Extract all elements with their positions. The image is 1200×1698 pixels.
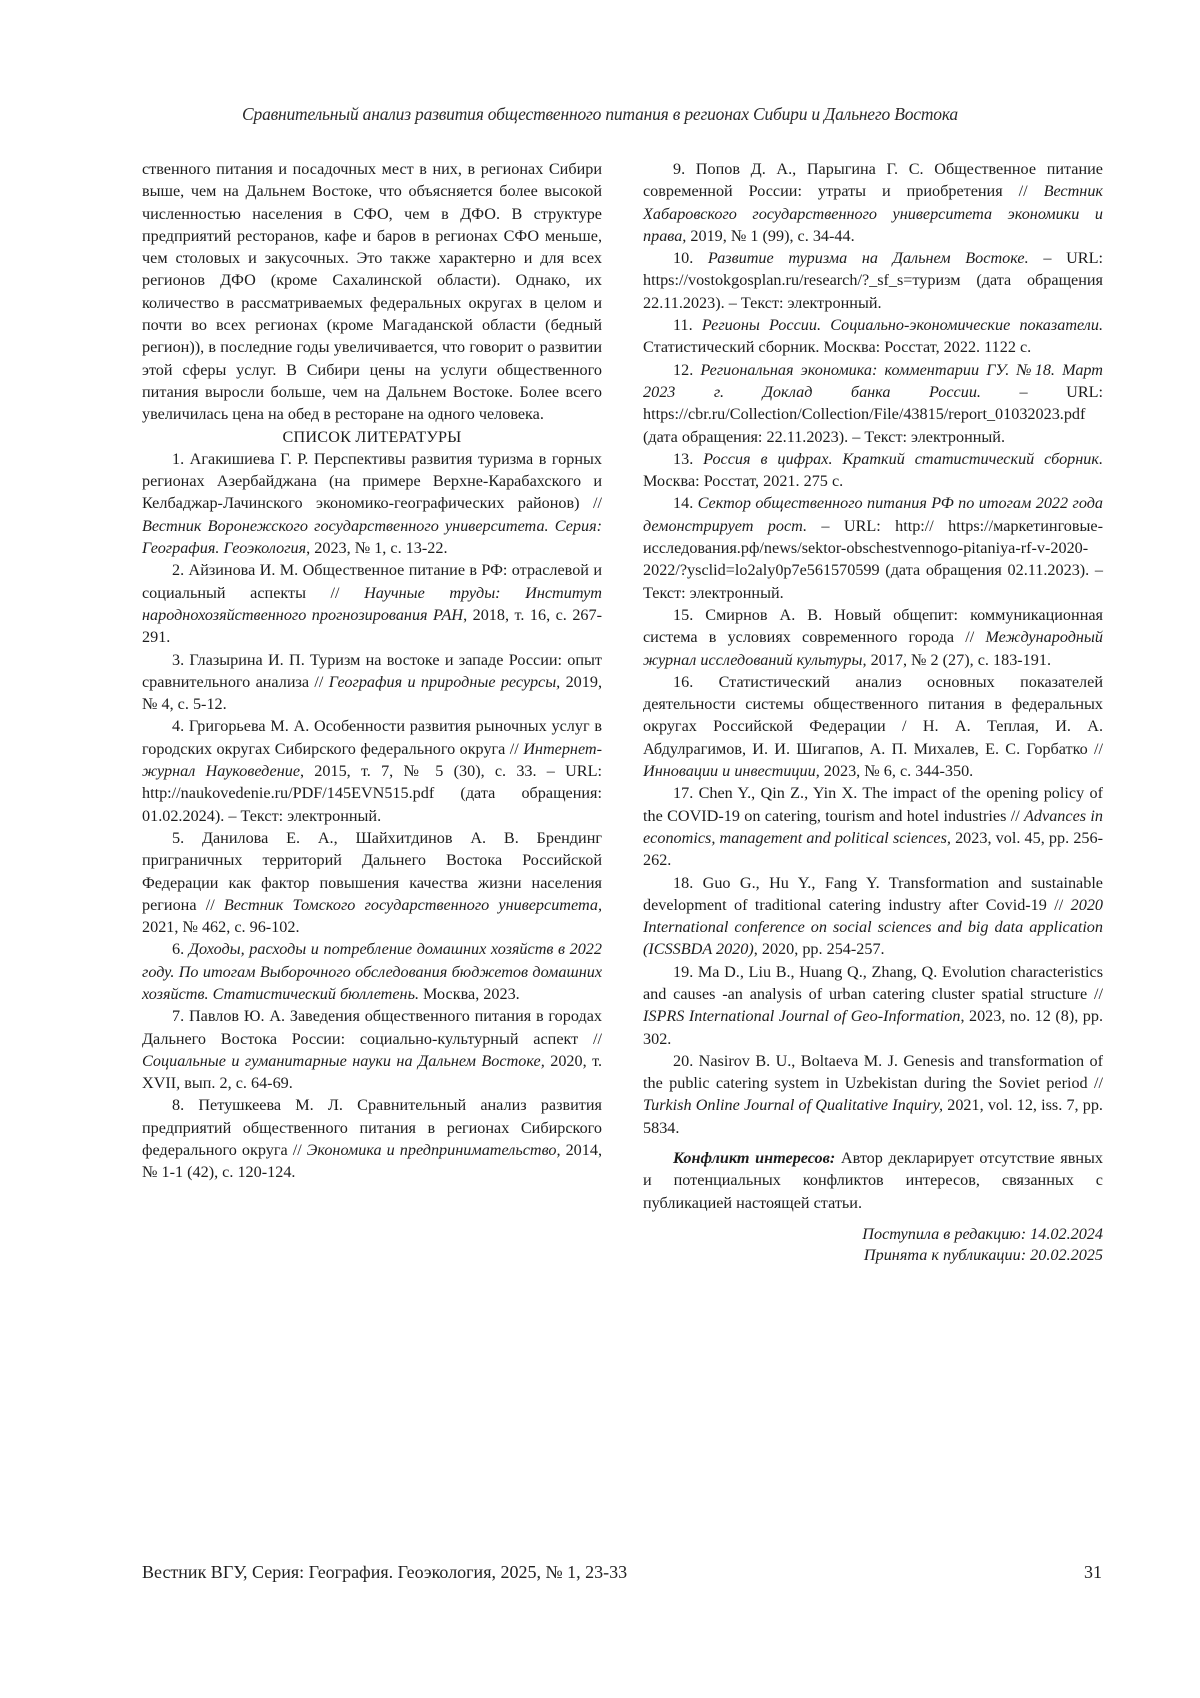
- received-date: Поступила в редакцию: 14.02.2024: [643, 1224, 1103, 1245]
- reference-item: 12. Региональная экономика: комментарии …: [643, 359, 1103, 448]
- submission-dates: Поступила в редакцию: 14.02.2024 Принята…: [643, 1224, 1103, 1266]
- references-heading: СПИСОК ЛИТЕРАТУРЫ: [142, 426, 602, 448]
- reference-item: 8. Петушкеева М. Л. Сравнительный анализ…: [142, 1094, 602, 1183]
- conflict-of-interest: Конфликт интересов: Автор декларирует от…: [643, 1147, 1103, 1214]
- reference-item: 17. Chen Y., Qin Z., Yin X. The impact o…: [643, 782, 1103, 871]
- reference-item: 15. Смирнов А. В. Новый общепит: коммуни…: [643, 604, 1103, 671]
- reference-item: 20. Nasirov B. U., Boltaeva M. J. Genesi…: [643, 1050, 1103, 1139]
- reference-item: 16. Статистический анализ основных показ…: [643, 671, 1103, 782]
- reference-item: 19. Ma D., Liu B., Huang Q., Zhang, Q. E…: [643, 961, 1103, 1050]
- reference-item: 7. Павлов Ю. А. Заведения общественного …: [142, 1005, 602, 1094]
- reference-item: 5. Данилова Е. А., Шайхитдинов А. В. Бре…: [142, 827, 602, 938]
- reference-item: 13. Россия в цифрах. Краткий статистичес…: [643, 448, 1103, 493]
- right-column: 9. Попов Д. А., Парыгина Г. С. Обществен…: [643, 158, 1103, 1266]
- conflict-label: Конфликт интересов:: [673, 1149, 835, 1167]
- accepted-date: Принята к публикации: 20.02.2025: [643, 1245, 1103, 1266]
- reference-item: 2. Айзинова И. М. Общественное питание в…: [142, 559, 602, 648]
- reference-item: 18. Guo G., Hu Y., Fang Y. Transformatio…: [643, 872, 1103, 961]
- page-number: 31: [1084, 1562, 1102, 1583]
- journal-citation: Вестник ВГУ, Серия: География. Геоэколог…: [142, 1562, 627, 1583]
- reference-item: 9. Попов Д. А., Парыгина Г. С. Обществен…: [643, 158, 1103, 247]
- left-column: ственного питания и посадочных мест в ни…: [142, 158, 602, 1184]
- body-paragraph: ственного питания и посадочных мест в ни…: [142, 158, 602, 426]
- reference-item: 4. Григорьева М. А. Особенности развития…: [142, 715, 602, 826]
- reference-item: 11. Регионы России. Социально-экономичес…: [643, 314, 1103, 359]
- reference-item: 14. Сектор общественного питания РФ по и…: [643, 492, 1103, 603]
- running-title: Сравнительный анализ развития общественн…: [0, 104, 1200, 125]
- reference-item: 3. Глазырина И. П. Туризм на востоке и з…: [142, 649, 602, 716]
- reference-item: 1. Агакишиева Г. Р. Перспективы развития…: [142, 448, 602, 559]
- reference-item: 10. Развитие туризма на Дальнем Востоке.…: [643, 247, 1103, 314]
- reference-item: 6. Доходы, расходы и потребление домашни…: [142, 938, 602, 1005]
